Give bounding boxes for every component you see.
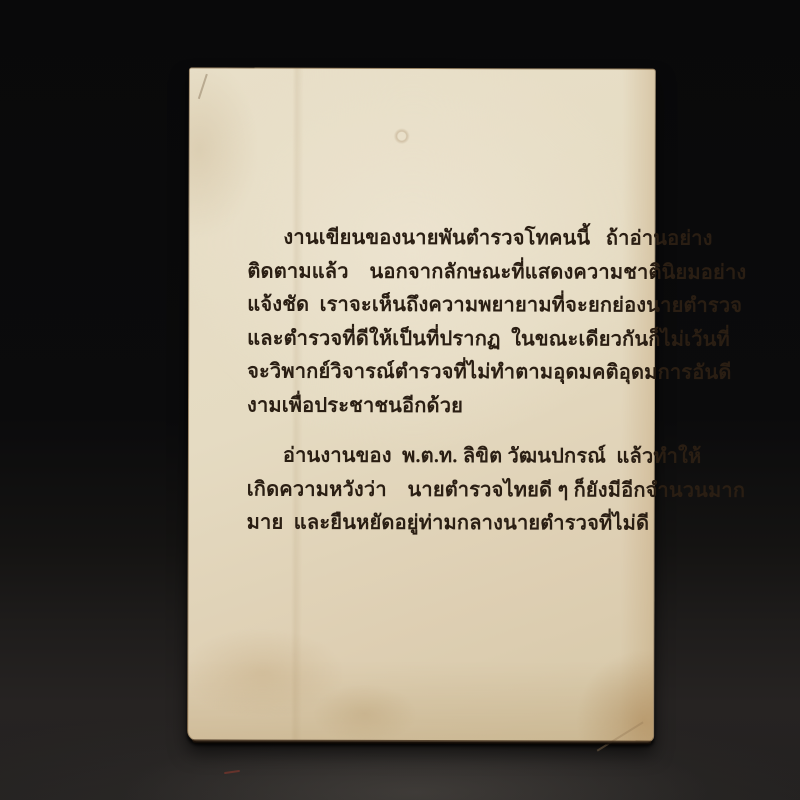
blurb-line: ติดตามแล้ว นอกจากลักษณะที่แสดงความชาตินิ… <box>247 255 612 289</box>
blurb-line: อ่านงานของ พ.ต.ท. ลิขิต วัฒนปกรณ์ แล้วทำ… <box>247 440 612 474</box>
blurb-line: งามเพื่อประชาชนอีกด้วย <box>247 389 612 423</box>
book-back-cover: งานเขียนของนายพันตำรวจโทคนนี้ ถ้าอ่านอย่… <box>187 67 656 742</box>
blurb-line: งานเขียนของนายพันตำรวจโทคนนี้ ถ้าอ่านอย่… <box>247 222 612 256</box>
page-stack-edge <box>192 739 651 744</box>
blurb-line: มาย และยืนหยัดอยู่ท่ามกลางนายตำรวจที่ไม่… <box>247 507 612 541</box>
back-cover-blurb: งานเขียนของนายพันตำรวจโทคนนี้ ถ้าอ่านอย่… <box>248 69 613 70</box>
blurb-line: เกิดความหวังว่า นายตำรวจไทยดี ๆ ก็ยังมีอ… <box>247 473 612 507</box>
table-scratch-mark <box>224 770 240 774</box>
blurb-paragraph-1: งานเขียนของนายพันตำรวจโทคนนี้ ถ้าอ่านอย่… <box>247 222 613 424</box>
blurb-line: แจ้งชัด เราจะเห็นถึงความพยายามที่จะยกย่อ… <box>247 289 612 323</box>
corner-fold <box>597 721 644 751</box>
blurb-line: จะวิพากย์วิจารณ์ตำรวจที่ไม่ทำตามอุดมคติอ… <box>247 356 612 390</box>
photo-background: งานเขียนของนายพันตำรวจโทคนนี้ ถ้าอ่านอย่… <box>0 0 800 800</box>
corner-crease <box>198 74 208 99</box>
blurb-line: และตำรวจที่ดีให้เป็นที่ปรากฏ ในขณะเดียวก… <box>247 322 612 356</box>
blurb-paragraph-2: อ่านงานของ พ.ต.ท. ลิขิต วัฒนปกรณ์ แล้วทำ… <box>247 440 612 541</box>
